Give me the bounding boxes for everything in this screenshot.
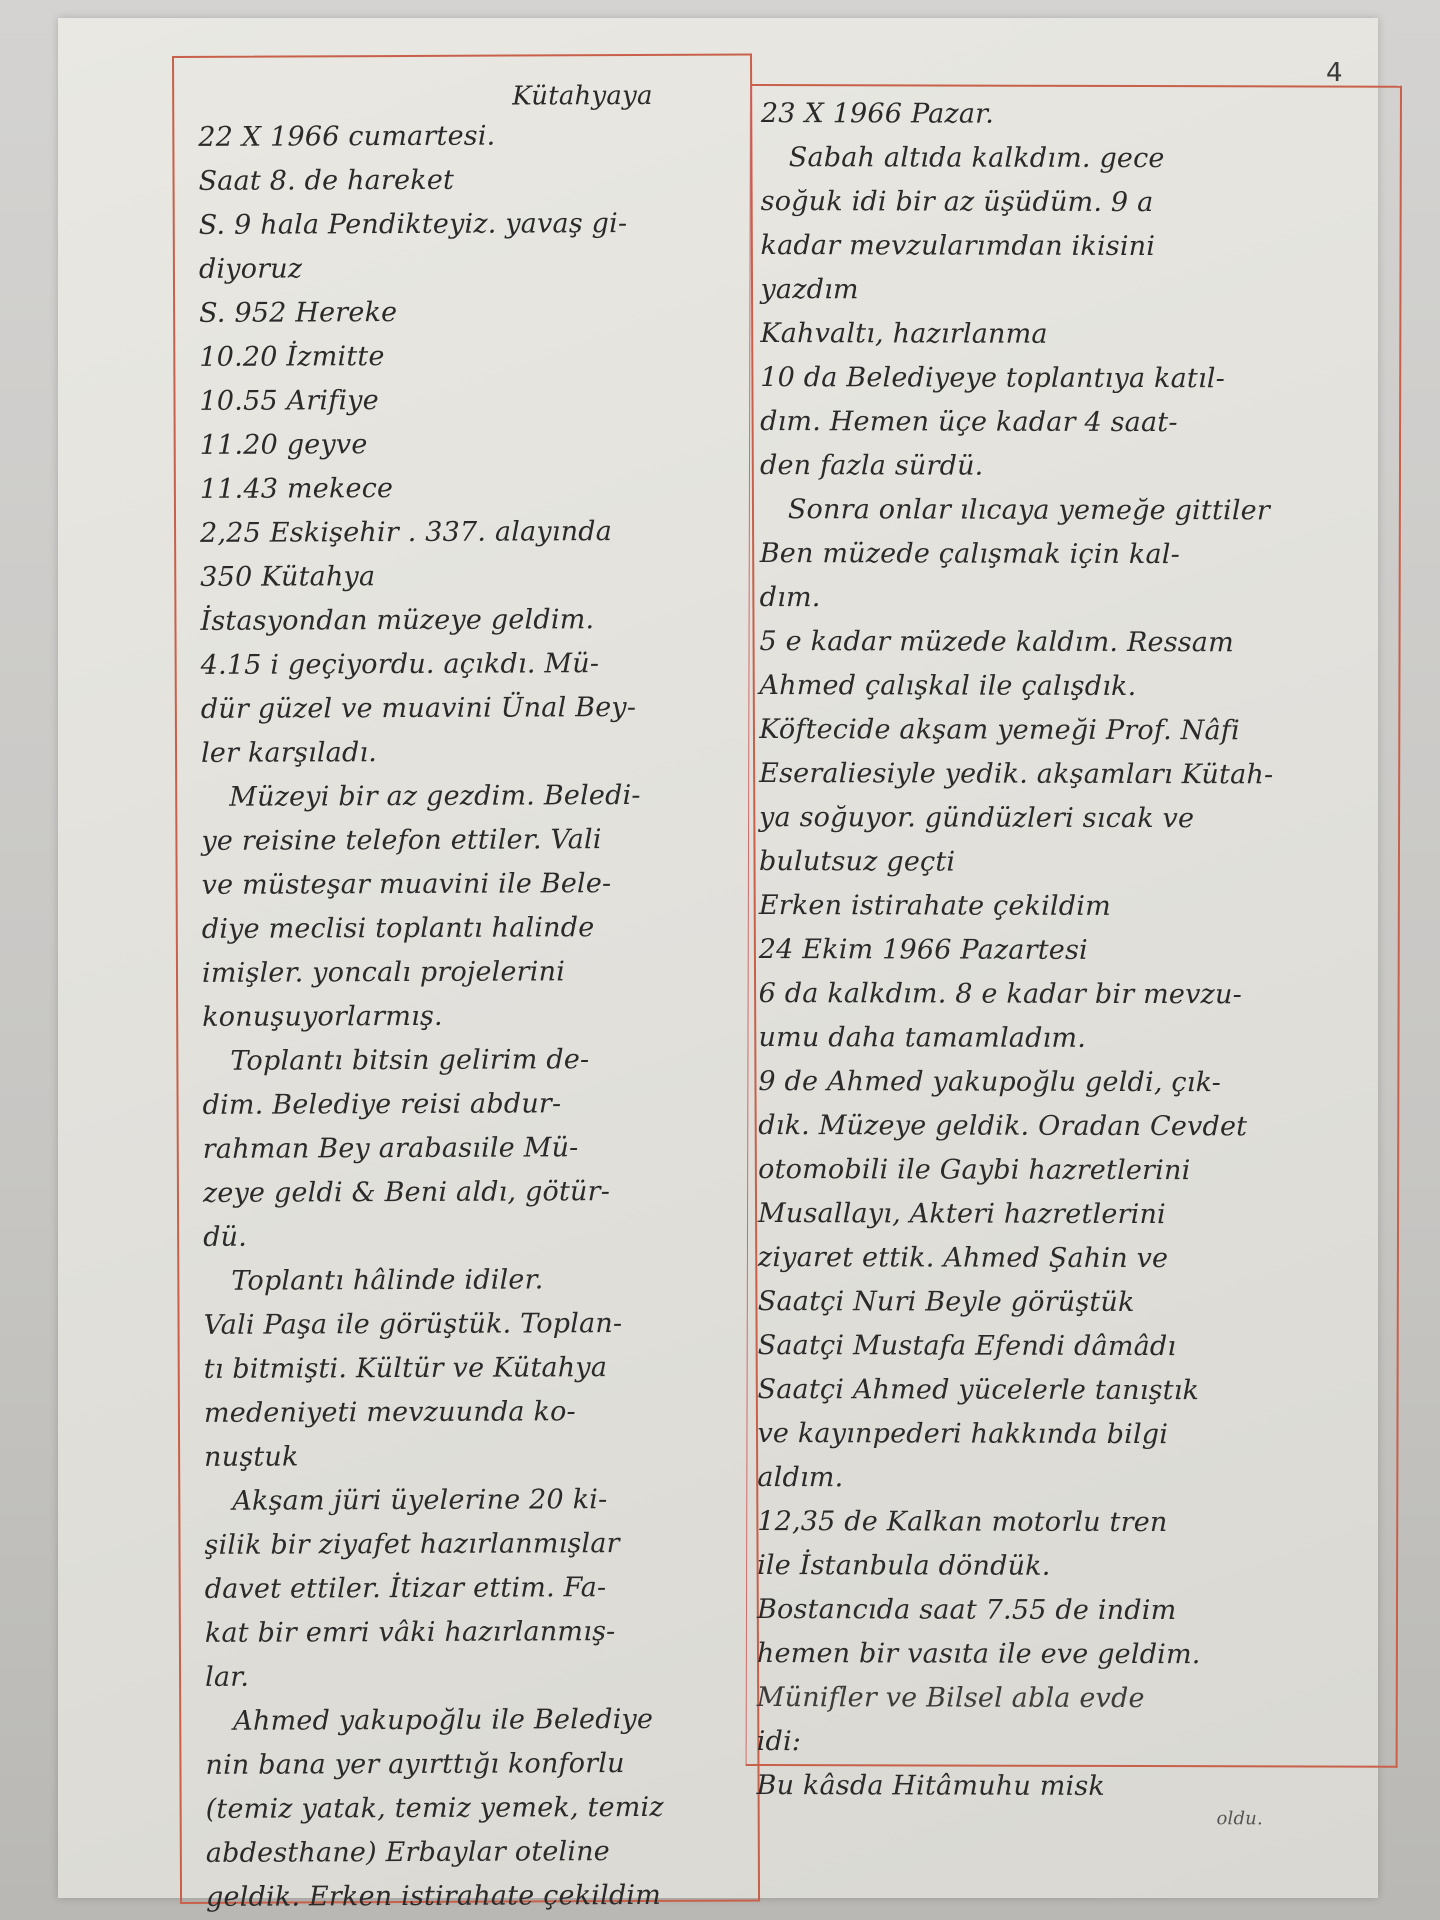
diary-line: Akşam jüri üyelerine 20 ki- <box>204 1477 756 1523</box>
diary-line: soğuk idi bir az üşüdüm. 9 a <box>761 180 1400 226</box>
diary-line: 11.20 geyve <box>200 421 752 467</box>
diary-line: 350 Kütahya <box>200 553 752 599</box>
diary-line: abdesthane) Erbaylar oteline <box>206 1829 758 1875</box>
diary-line: diye meclisi toplantı halinde <box>202 905 754 951</box>
diary-line: nuştuk <box>204 1433 756 1479</box>
diary-line: 12,35 de Kalkan motorlu tren <box>757 1500 1396 1546</box>
diary-date-line: 23 X 1966 Pazar. <box>761 92 1400 138</box>
diary-line: davet ettiler. İtizar ettim. Fa- <box>205 1565 757 1611</box>
diary-line: şilik bir ziyafet hazırlanmışlar <box>204 1521 756 1567</box>
diary-line: dık. Müzeye geldik. Oradan Cevdet <box>758 1104 1397 1150</box>
diary-line: Toplantı bitsin gelirim de- <box>202 1037 754 1083</box>
diary-line: konuşuyorlarmış. <box>202 993 754 1039</box>
diary-line: 6 da kalkdım. 8 e kadar bir mevzu- <box>759 972 1398 1018</box>
diary-line: İstasyondan müzeye geldim. <box>200 597 752 643</box>
diary-line: Saatçi Ahmed yücelerle tanıştık <box>758 1368 1397 1414</box>
diary-line: ler karşıladı. <box>201 729 753 775</box>
diary-line: ve kayınpederi hakkında bilgi <box>757 1412 1396 1458</box>
diary-line: 10.20 İzmitte <box>199 333 751 379</box>
diary-line: dım. <box>760 576 1399 622</box>
diary-line: hemen bir vasıta ile eve geldim. <box>757 1632 1396 1678</box>
diary-line: Sonra onlar ılıcaya yemeğe gittiler <box>760 488 1399 534</box>
diary-line: 2,25 Eskişehir . 337. alayında <box>200 509 752 555</box>
diary-line: dü. <box>203 1213 755 1259</box>
page-number: 4 <box>1326 58 1343 88</box>
diary-line: tı bitmişti. Kültür ve Kütahya <box>204 1345 756 1391</box>
diary-line: Musallayı, Akteri hazretlerini <box>758 1192 1397 1238</box>
diary-page: 4 Kütahyaya 22 X 1966 cumartesi. Saat 8.… <box>58 18 1378 1898</box>
left-column-text: Kütahyaya 22 X 1966 cumartesi. Saat 8. d… <box>174 55 758 1919</box>
diary-line: 10 da Belediyeye toplantıya katıl- <box>760 356 1399 402</box>
diary-line: (temiz yatak, temiz yemek, temiz <box>206 1785 758 1831</box>
diary-line: bulutsuz geçti <box>759 840 1398 886</box>
diary-line: ziyaret ettik. Ahmed Şahin ve <box>758 1236 1397 1282</box>
closing-line: Bu kâsda Hitâmuhu misk <box>756 1764 1395 1810</box>
diary-line: Ben müzede çalışmak için kal- <box>760 532 1399 578</box>
diary-line: Münifler ve Bilsel abla evde <box>757 1676 1396 1722</box>
diary-line: 22 X 1966 cumartesi. <box>198 113 750 159</box>
diary-line: dim. Belediye reisi abdur- <box>202 1081 754 1127</box>
right-column-text: 23 X 1966 Pazar. Sabah altıda kalkdım. g… <box>746 86 1400 1830</box>
diary-line: Eseraliesiyle yedik. akşamları Kütah- <box>759 752 1398 798</box>
diary-line: otomobili ile Gaybi hazretlerini <box>758 1148 1397 1194</box>
diary-line: geldik. Erken istirahate çekildim <box>206 1873 758 1919</box>
diary-line: imişler. yoncalı projelerini <box>202 949 754 995</box>
diary-line: dım. Hemen üçe kadar 4 saat- <box>760 400 1399 446</box>
diary-line: Ahmed yakupoğlu ile Belediye <box>205 1697 757 1743</box>
diary-line: kat bir emri vâki hazırlanmış- <box>205 1609 757 1655</box>
diary-line: Toplantı hâlinde idiler. <box>203 1257 755 1303</box>
left-column-frame: Kütahyaya 22 X 1966 cumartesi. Saat 8. d… <box>172 53 760 1904</box>
diary-line: idi: <box>757 1720 1396 1766</box>
diary-line: Saatçi Mustafa Efendi dâmâdı <box>758 1324 1397 1370</box>
diary-line: Sabah altıda kalkdım. gece <box>761 136 1400 182</box>
diary-line: Bostancıda saat 7.55 de indim <box>757 1588 1396 1634</box>
diary-line: ve müsteşar muavini ile Bele- <box>202 861 754 907</box>
diary-line: dür güzel ve muavini Ünal Bey- <box>201 685 753 731</box>
diary-line: Vali Paşa ile görüştük. Toplan- <box>203 1301 755 1347</box>
diary-line: 5 e kadar müzede kaldım. Ressam <box>759 620 1398 666</box>
diary-line: medeniyeti mevzuunda ko- <box>204 1389 756 1435</box>
diary-line: aldım. <box>757 1456 1396 1502</box>
diary-line: rahman Bey arabasıile Mü- <box>203 1125 755 1171</box>
diary-line: zeye geldi & Beni aldı, götür- <box>203 1169 755 1215</box>
diary-line: umu daha tamamladım. <box>758 1016 1397 1062</box>
right-column-frame: 23 X 1966 Pazar. Sabah altıda kalkdım. g… <box>746 84 1402 1768</box>
diary-line: ile İstanbula döndük. <box>757 1544 1396 1590</box>
diary-line: Köftecide akşam yemeği Prof. Nâfi <box>759 708 1398 754</box>
diary-line: Saatçi Nuri Beyle görüştük <box>758 1280 1397 1326</box>
diary-line: 11.43 mekece <box>200 465 752 511</box>
diary-line: lar. <box>205 1653 757 1699</box>
diary-line: 9 de Ahmed yakupoğlu geldi, çık- <box>758 1060 1397 1106</box>
diary-line: nin bana yer ayırttığı konforlu <box>205 1741 757 1787</box>
diary-line: diyoruz <box>199 245 751 291</box>
diary-line: Müzeyi bir az gezdim. Beledi- <box>201 773 753 819</box>
diary-line: Ahmed çalışkal ile çalışdık. <box>759 664 1398 710</box>
closing-note: oldu. <box>756 1808 1395 1830</box>
diary-line: S. 9 hala Pendikteyiz. yavaş gi- <box>199 201 751 247</box>
diary-line: yazdım <box>760 268 1399 314</box>
diary-line: kadar mevzularımdan ikisini <box>761 224 1400 270</box>
diary-line: S. 952 Hereke <box>199 289 751 335</box>
diary-line: Kahvaltı, hazırlanma <box>760 312 1399 358</box>
diary-line: 10.55 Arifiye <box>199 377 751 423</box>
diary-line: Saat 8. de hareket <box>198 157 750 203</box>
diary-date-line: 24 Ekim 1966 Pazartesi <box>759 928 1398 974</box>
diary-line: den fazla sürdü. <box>760 444 1399 490</box>
destination-heading: Kütahyaya <box>198 77 750 115</box>
diary-line: ye reisine telefon ettiler. Vali <box>201 817 753 863</box>
diary-line: 4.15 i geçiyordu. açıkdı. Mü- <box>201 641 753 687</box>
diary-line: ya soğuyor. gündüzleri sıcak ve <box>759 796 1398 842</box>
diary-line: Erken istirahate çekildim <box>759 884 1398 930</box>
